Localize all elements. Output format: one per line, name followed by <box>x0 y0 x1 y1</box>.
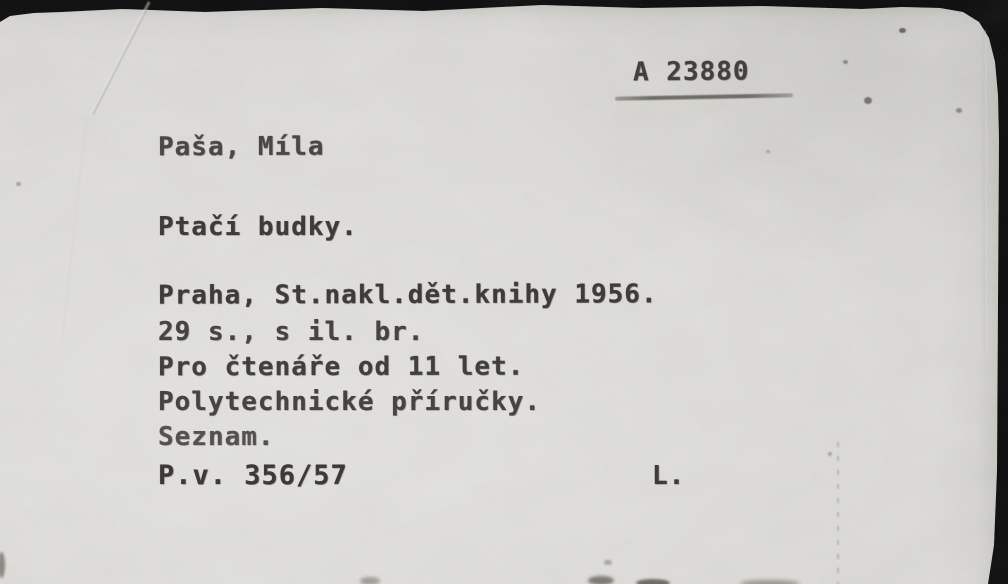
series-line: Polytechnické příručky. <box>158 389 541 415</box>
collation-line: 29 s., s il. br. <box>158 319 424 345</box>
cataloguer-initial: L. <box>652 463 685 489</box>
record-number-line: P.v. 356/57 <box>158 463 348 489</box>
accession-number: A 23880 <box>633 59 750 86</box>
note-line: Seznam. <box>158 424 275 450</box>
author-heading: Paša, Míla <box>158 134 325 161</box>
title-line: Ptačí budky. <box>158 214 358 240</box>
imprint-line: Praha, St.nakl.dět.knihy 1956. <box>158 281 658 308</box>
scanned-catalog-card: A 23880 Paša, Míla Ptačí budky. Praha, S… <box>0 0 1008 584</box>
audience-note-line: Pro čtenáře od 11 let. <box>158 354 524 381</box>
